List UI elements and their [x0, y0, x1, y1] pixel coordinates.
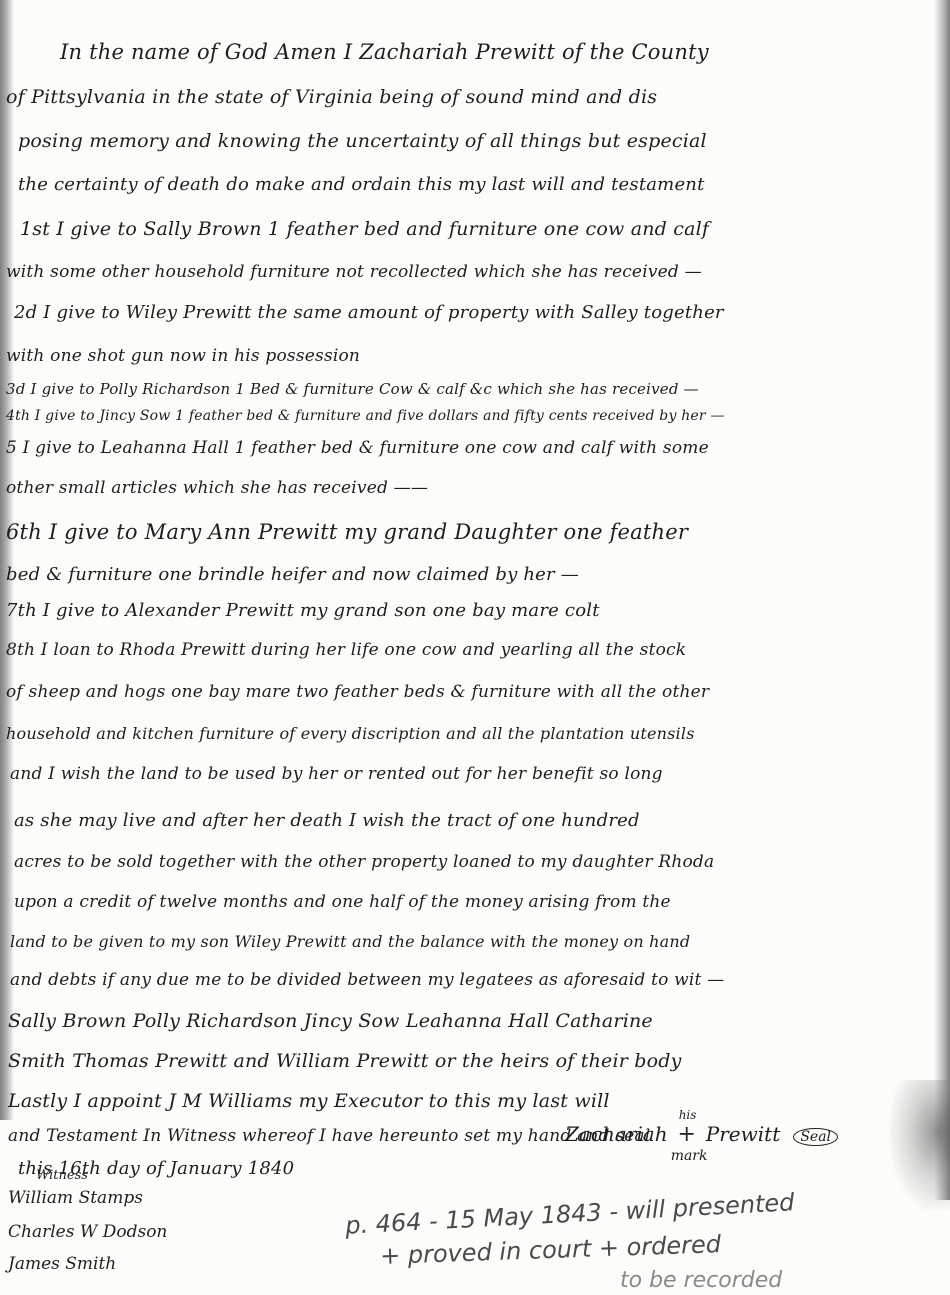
court-note-line: to be recorded [620, 1268, 782, 1293]
will-line: upon a credit of twelve months and one h… [14, 892, 671, 912]
will-line: the certainty of death do make and ordai… [18, 174, 705, 195]
will-line: and debts if any due me to be divided be… [10, 970, 724, 990]
will-line: with one shot gun now in his possession [6, 346, 360, 366]
will-line: 6th I give to Mary Ann Prewitt my grand … [6, 520, 688, 544]
scan-edge-shadow-right [934, 0, 950, 1200]
mark-cross-icon: + [677, 1122, 695, 1147]
will-document-page: In the name of God Amen I Zachariah Prew… [0, 0, 950, 1295]
signature-first-name: Zachariah [565, 1122, 668, 1146]
will-line: acres to be sold together with the other… [14, 852, 714, 872]
will-line: with some other household furniture not … [6, 262, 702, 282]
will-line: 2d I give to Wiley Prewitt the same amou… [14, 302, 724, 323]
scan-edge-shadow-left [0, 0, 14, 1120]
will-line: Lastly I appoint J M Williams my Executo… [8, 1090, 610, 1112]
will-line: of Pittsylvania in the state of Virginia… [6, 86, 657, 108]
will-line: 3d I give to Polly Richardson 1 Bed & fu… [6, 380, 699, 398]
will-line: Smith Thomas Prewitt and William Prewitt… [8, 1050, 682, 1072]
will-line: and I wish the land to be used by her or… [10, 764, 663, 784]
signature-mark-label: mark [671, 1148, 708, 1164]
witness-name: William Stamps [8, 1188, 143, 1208]
witness-label: Witness [36, 1168, 88, 1183]
testator-signature: Zachariah his + mark Prewitt Seal [565, 1122, 838, 1147]
will-line: of sheep and hogs one bay mare two feath… [6, 682, 709, 702]
signature-his: his [679, 1108, 697, 1122]
will-line: In the name of God Amen I Zachariah Prew… [60, 40, 709, 64]
will-line: bed & furniture one brindle heifer and n… [6, 564, 579, 585]
seal-icon: Seal [793, 1128, 838, 1146]
will-line: 8th I loan to Rhoda Prewitt during her l… [6, 640, 686, 660]
will-line: other small articles which she has recei… [6, 478, 428, 498]
will-line: household and kitchen furniture of every… [6, 724, 695, 743]
signature-mark: his + mark [673, 1122, 701, 1147]
witness-name: Charles W Dodson [8, 1222, 167, 1242]
will-line: Sally Brown Polly Richardson Jincy Sow L… [8, 1010, 653, 1032]
will-line: posing memory and knowing the uncertaint… [18, 130, 707, 152]
court-note-line: p. 464 - 15 May 1843 - will presented [345, 1188, 796, 1239]
will-line: 7th I give to Alexander Prewitt my grand… [6, 600, 600, 621]
signature-last-name: Prewitt [706, 1122, 780, 1146]
court-note-line: + proved in court + ordered [380, 1230, 722, 1270]
will-line: 4th I give to Jincy Sow 1 feather bed & … [6, 408, 725, 424]
scan-smudge [890, 1080, 950, 1210]
will-line: land to be given to my son Wiley Prewitt… [10, 932, 690, 951]
will-line: 5 I give to Leahanna Hall 1 feather bed … [6, 438, 709, 458]
will-line: and Testament In Witness whereof I have … [8, 1126, 650, 1146]
witness-name: James Smith [8, 1254, 116, 1274]
will-line: 1st I give to Sally Brown 1 feather bed … [20, 218, 709, 240]
will-line: as she may live and after her death I wi… [14, 810, 640, 831]
